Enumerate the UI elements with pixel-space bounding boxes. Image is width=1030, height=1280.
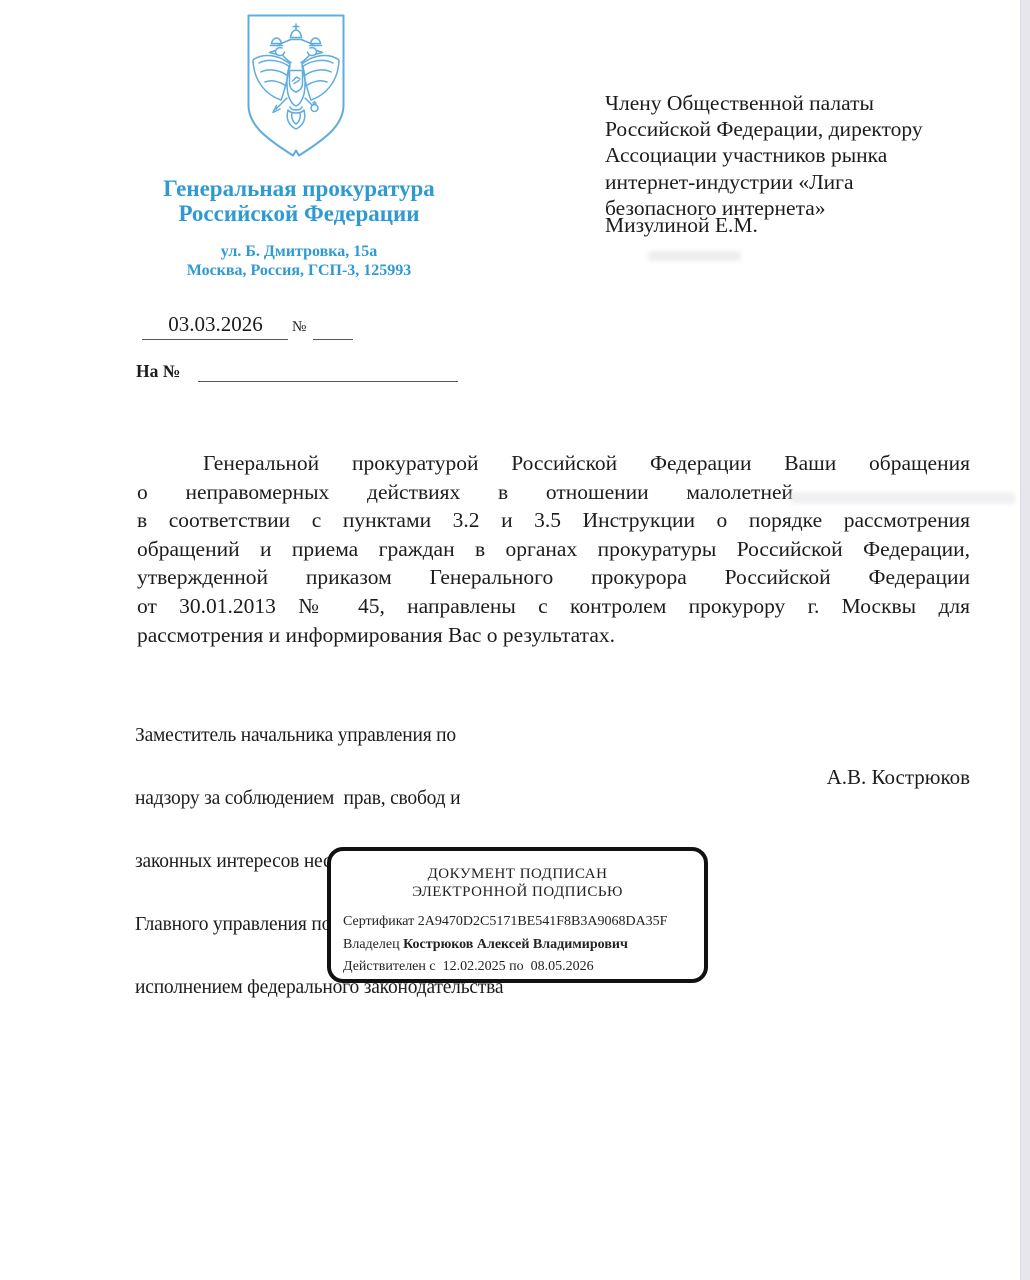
redacted-text xyxy=(648,251,741,261)
stamp-details: Сертификат 2A9470D2C5171BE541F8B3A9068DA… xyxy=(343,911,704,979)
certificate-value: 2A9470D2C5171BE541F8B3A9068DA35F xyxy=(418,914,668,929)
body-line: утвержденной приказом Генерального проку… xyxy=(137,563,970,592)
body-line: о неправомерных действиях в отношении ма… xyxy=(137,478,793,507)
letter-date: 03.03.2026 xyxy=(143,312,288,337)
organization-address: ул. Б. Дмитровка, 15а Москва, Россия, ГС… xyxy=(124,242,474,280)
body-line: от 30.01.2013 № 45, направлены с контрол… xyxy=(137,592,970,621)
signer-position-line: надзору за соблюдением прав, свобод и xyxy=(135,788,695,809)
stamp-validity-line: Действителен с 12.02.2025 по 08.05.2026 xyxy=(343,956,704,979)
recipient-line: интернет-индустрии «Лига xyxy=(605,169,985,195)
signer-name: А.В. Кострюков xyxy=(780,765,970,790)
recipient-block: Члену Общественной палаты Российской Фед… xyxy=(605,90,985,221)
owner-name: Кострюков Алексей Владимирович xyxy=(403,937,628,952)
stamp-title: ДОКУМЕНТ ПОДПИСАН ЭЛЕКТРОННОЙ ПОДПИСЬЮ xyxy=(331,865,704,901)
body-line: рассмотрения и информирования Вас о резу… xyxy=(137,621,970,650)
body-line: в соответствии с пунктами 3.2 и 3.5 Инст… xyxy=(137,506,970,535)
organization-address-line2: Москва, Россия, ГСП-3, 125993 xyxy=(124,261,474,280)
number-sign: № xyxy=(292,319,306,336)
body-line: обращений и приема граждан в органах про… xyxy=(137,535,970,564)
recipient-line: Члену Общественной палаты xyxy=(605,90,985,116)
recipient-name: Мизулиной Е.М. xyxy=(605,213,985,238)
body-line: Генеральной прокуратурой Российской Феде… xyxy=(137,449,970,478)
stamp-certificate-line: Сертификат 2A9470D2C5171BE541F8B3A9068DA… xyxy=(343,911,704,934)
scanned-letter-page: Генеральная прокуратура Российской Федер… xyxy=(0,0,1030,1280)
organization-name-line2: Российской Федерации xyxy=(124,201,474,226)
redacted-text xyxy=(790,492,1015,504)
certificate-label: Сертификат xyxy=(343,914,418,929)
screen-edge-strip xyxy=(1020,0,1030,1280)
russia-coat-of-arms-icon xyxy=(240,12,352,162)
letter-body: Генеральной прокуратурой Российской Феде… xyxy=(137,449,970,649)
electronic-signature-stamp: ДОКУМЕНТ ПОДПИСАН ЭЛЕКТРОННОЙ ПОДПИСЬЮ С… xyxy=(327,847,708,983)
owner-label: Владелец xyxy=(343,937,403,952)
stamp-title-line2: ЭЛЕКТРОННОЙ ПОДПИСЬЮ xyxy=(331,883,704,901)
date-underline xyxy=(142,339,288,340)
recipient-line: Ассоциации участников рынка xyxy=(605,142,985,168)
reply-to-number-label: На № xyxy=(136,361,180,382)
reply-to-number-underline xyxy=(198,381,458,382)
organization-name-line1: Генеральная прокуратура xyxy=(124,176,474,201)
organization-name: Генеральная прокуратура Российской Федер… xyxy=(124,176,474,226)
stamp-title-line1: ДОКУМЕНТ ПОДПИСАН xyxy=(331,865,704,883)
signer-position-line: Заместитель начальника управления по xyxy=(135,725,695,746)
number-underline xyxy=(313,339,353,340)
recipient-line: Российской Федерации, директору xyxy=(605,116,985,142)
stamp-owner-line: Владелец Кострюков Алексей Владимирович xyxy=(343,934,704,957)
organization-address-line1: ул. Б. Дмитровка, 15а xyxy=(124,242,474,261)
